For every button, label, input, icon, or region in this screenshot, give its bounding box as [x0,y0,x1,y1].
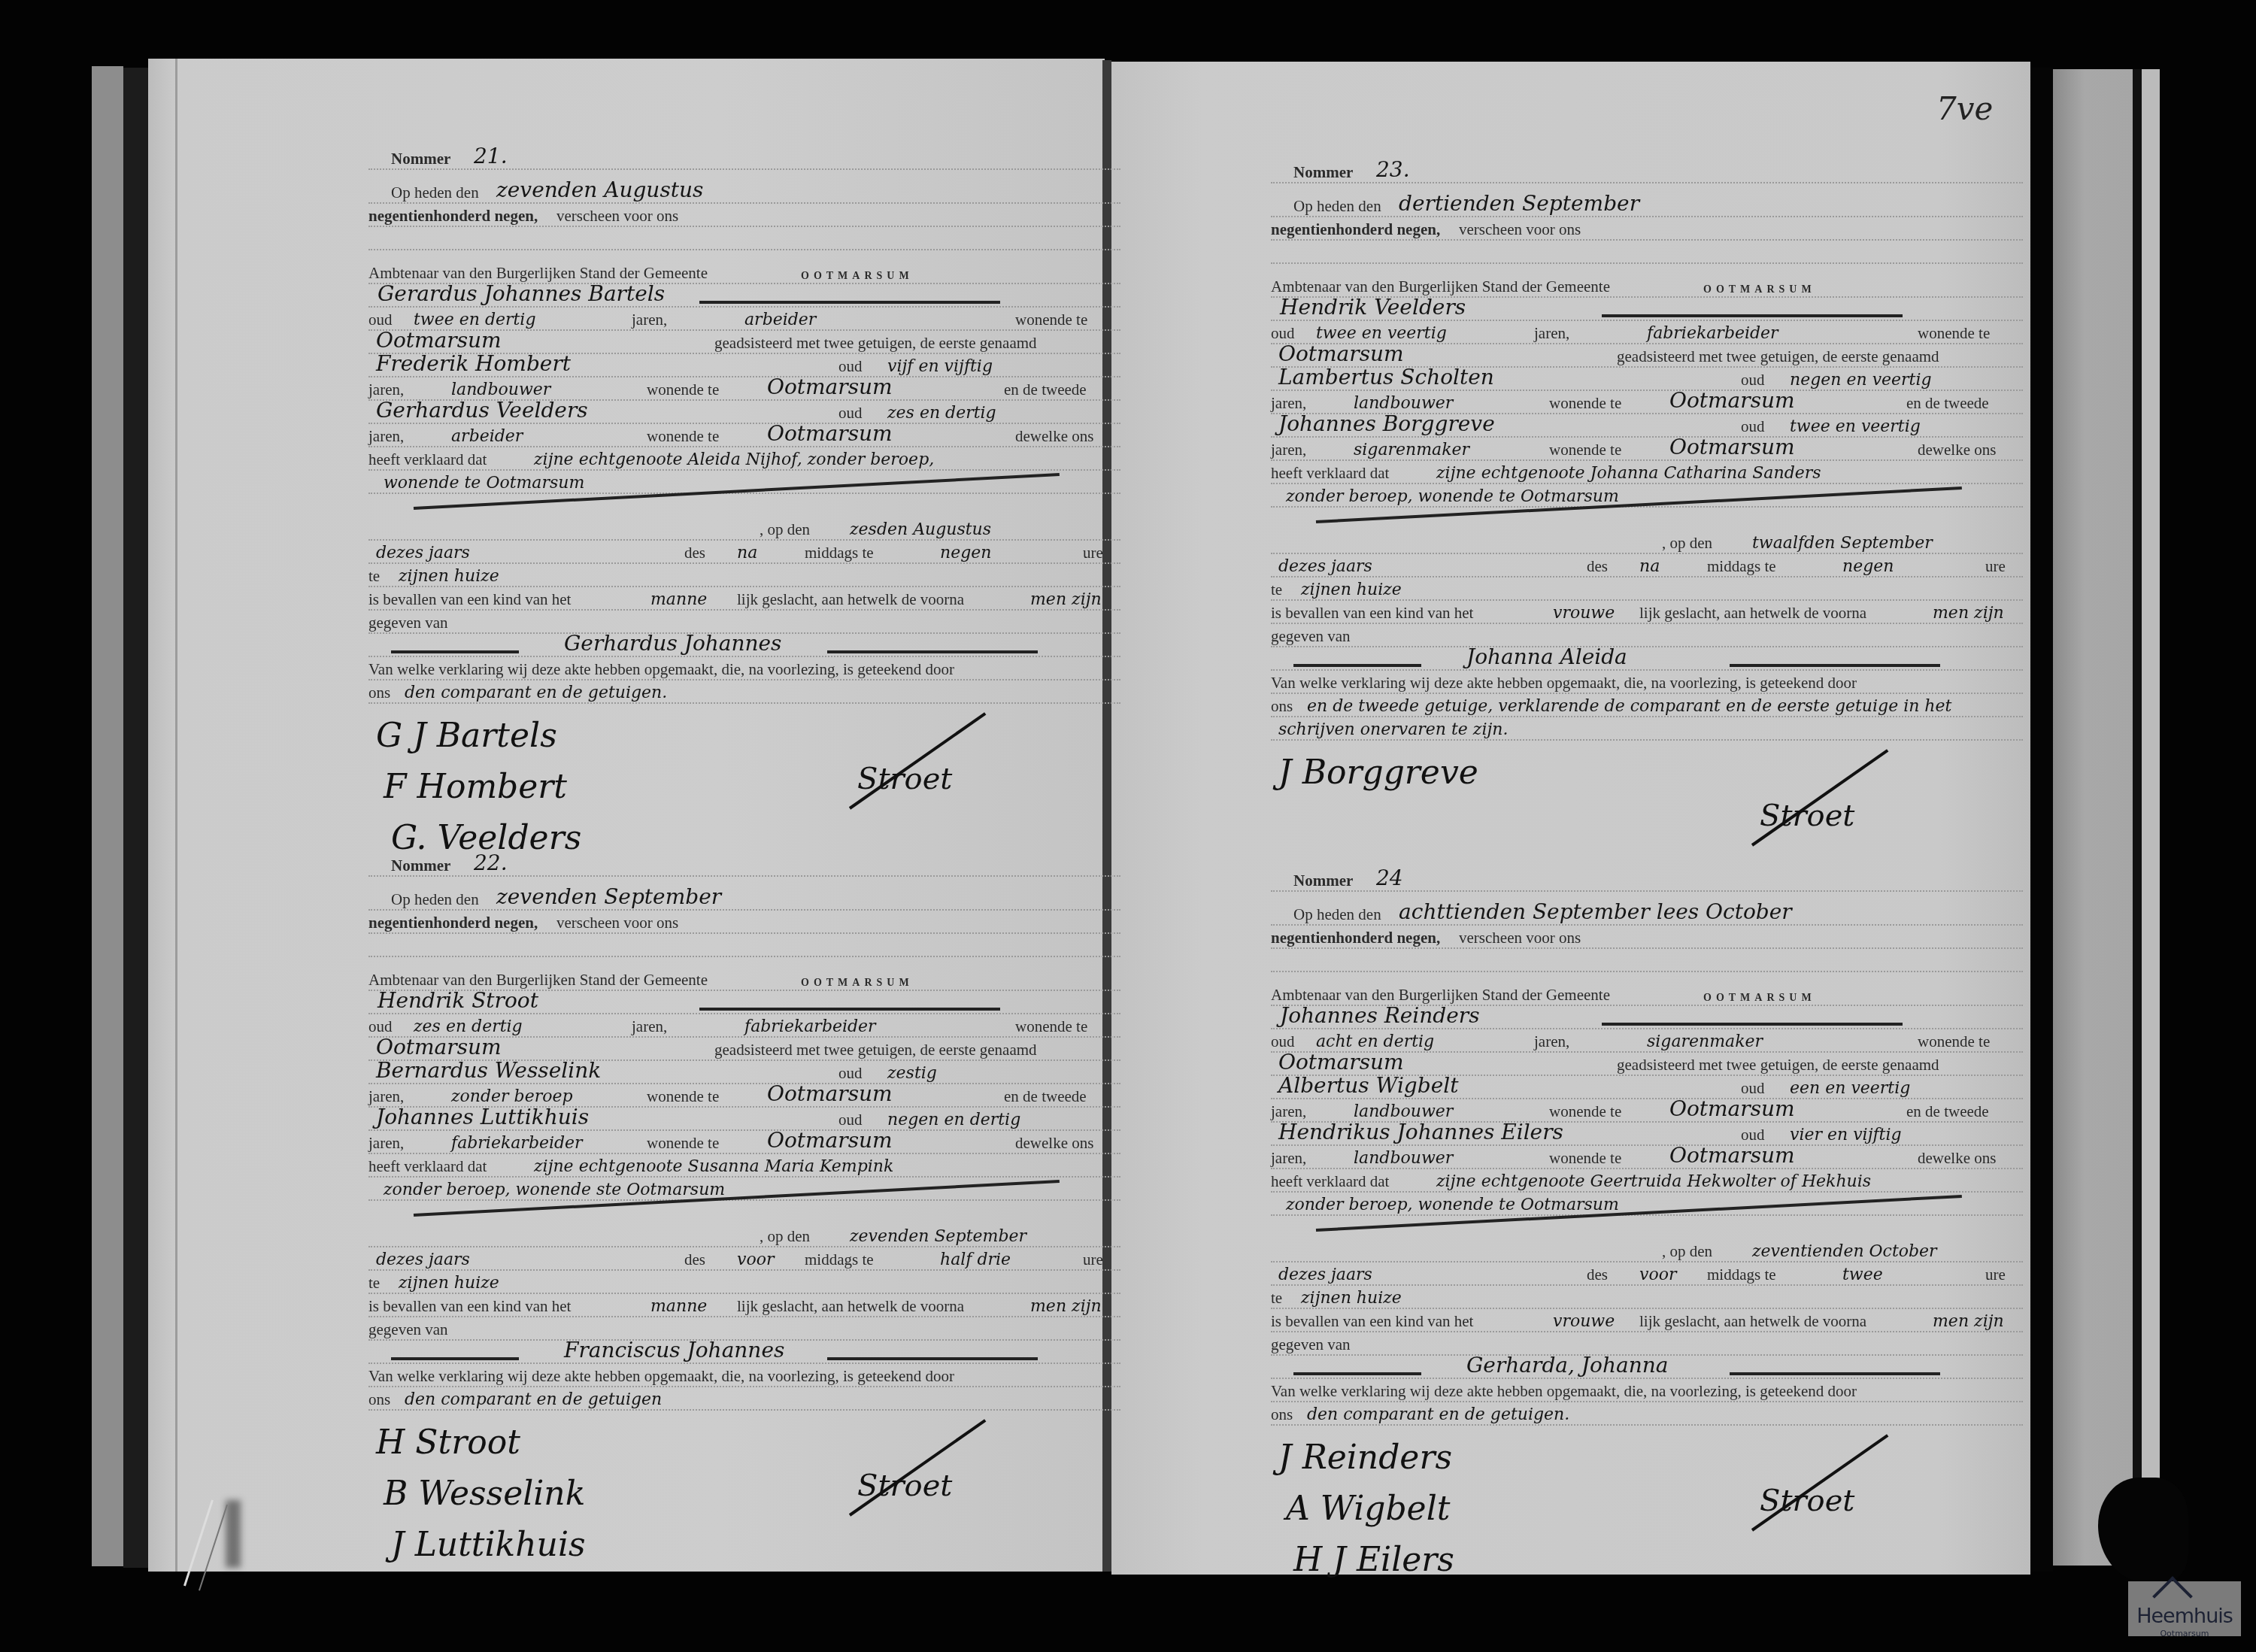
printed-text: , op den [760,1227,810,1246]
birth-place: zijnen huize [1301,580,1402,599]
printed-text: jaren, [368,1134,404,1153]
form-line: Op heden denachttienden September lees O… [1271,906,2023,929]
printed-text: oud [1741,417,1765,436]
printed-text: wonende te [1015,1017,1087,1036]
form-line [368,231,1120,253]
form-line: Op heden dendertienden September [1271,198,2023,220]
printed-text: geadsisteerd met twee getuigen, de eerst… [714,334,1037,353]
form-line: tezijnen huize [1271,581,2023,604]
form-line: is bevallen van een kind van hetmannelij… [368,1298,1120,1320]
ambtenaar-label: Ambtenaar van den Burgerlijken Stand der… [1271,277,1610,296]
witness1-residence: Ootmarsum [767,374,893,399]
dotted-rule [1271,971,2023,972]
child-sex: manne [650,590,707,609]
witness1-occupation: landbouwer [1354,394,1453,413]
form-line: jaren,sigarenmakerwonende teOotmarsumdew… [1271,441,2023,464]
ambtenaar-label: Ambtenaar van den Burgerlijken Stand der… [1271,986,1610,1005]
printed-text: oud [1741,371,1765,390]
filler-stroke [699,1008,1000,1011]
form-line: is bevallen van een kind van hetvrouweli… [1271,1313,2023,1335]
gemeente-name: OOTMARSUM [1703,993,1816,1005]
printed-text: middags te [1707,1266,1776,1284]
child-names: Gerhardus Johannes [564,631,781,656]
margin-rule [175,59,177,1572]
printed-text: is bevallen van een kind van het [368,1297,571,1316]
child-names: Gerharda, Johanna [1466,1353,1668,1378]
printed-text: te [368,1274,380,1293]
form-line: Gerhardus Veeldersoudzes en dertig [368,405,1120,427]
declaration-line-1: zijne echtgenoote Geertruida Hekwolter o… [1436,1172,1871,1191]
form-line: Johannes Luttikhuisoudnegen en dertig [368,1111,1120,1134]
father-occupation: sigarenmaker [1647,1032,1763,1051]
form-line: Van welke verklaring wij deze akte hebbe… [1271,1383,2023,1405]
dotted-rule [1271,716,2023,717]
father-occupation: arbeider [744,311,816,329]
op-heden-label: Op heden den [1293,905,1381,924]
witness1-age: negen en veertig [1790,371,1932,390]
right-cover-line [2133,69,2142,1566]
witness1-residence: Ootmarsum [767,1081,893,1106]
form-line: heeft verklaard datzijne echtgenoote Joh… [1271,465,2023,487]
form-line: Van welke verklaring wij deze akte hebbe… [1271,674,2023,697]
dotted-rule [1271,739,2023,741]
year-label: negentienhonderd negen, [1271,220,1440,239]
child-sex: vrouwe [1553,1312,1615,1331]
dotted-rule [368,226,1120,227]
form-line: jaren,arbeiderwonende teOotmarsumdewelke… [368,428,1120,450]
entry-number: 22. [474,850,508,875]
witness2-occupation: sigarenmaker [1354,441,1469,459]
gemeente-name: OOTMARSUM [1703,284,1816,296]
dotted-rule [368,1176,1120,1178]
ambtenaar-label: Ambtenaar van den Burgerlijken Stand der… [368,971,708,990]
dotted-rule [1271,1378,2023,1379]
father-age: twee en dertig [414,311,535,329]
form-line: Hendrik Veelders [1271,302,2023,324]
form-line: Johannes Reinders [1271,1010,2023,1032]
dotted-rule [1271,506,2023,508]
witness2-residence: Ootmarsum [767,1128,893,1153]
printed-text: oud [368,1017,393,1036]
signed-by-cont: schrijven onervaren te zijn. [1278,720,1508,739]
witness1-name: Bernardus Wesselink [376,1058,601,1083]
signed-by: den comparant en de getuigen [405,1390,662,1409]
form-line: Franciscus Johannes [368,1344,1120,1367]
dotted-rule [1271,1331,2023,1332]
printed-text: geadsisteerd met twee getuigen, de eerst… [1617,1056,1939,1075]
dotted-rule [1271,1401,2023,1402]
filler-stroke [1730,664,1940,667]
dotted-rule [368,1199,1120,1201]
dotted-rule [1271,1214,2023,1216]
printed-text: wonende te [647,427,719,446]
printed-text: gegeven van [1271,627,1351,646]
printed-text: lijk geslacht, aan hetwelk de voorna [1639,604,1866,623]
printed-text: wonende te [1015,311,1087,329]
printed-text: oud [838,1111,863,1129]
dotted-rule [1271,390,2023,391]
father-residence: Ootmarsum [376,1035,502,1059]
filler-stroke [699,301,1000,304]
form-line: , op dentwaalfden September [1271,535,2023,557]
left-cover-shadow [123,68,148,1568]
left-cover-edge [92,66,123,1566]
registration-date: zevenden Augustus [496,177,703,202]
dotted-rule [368,539,1120,541]
father-occupation: fabriekarbeider [1647,324,1778,343]
witness2-name: Johannes Luttikhuis [376,1105,589,1129]
filler-stroke [1293,1372,1421,1375]
op-heden-label: Op heden den [391,890,479,909]
voornamen-suffix: men zijn [1030,590,1102,609]
dotted-rule [368,1013,1120,1014]
printed-text: jaren, [1534,324,1569,343]
dotted-rule [368,249,1120,250]
year-label: negentienhonderd negen, [368,207,538,226]
child-names: Johanna Aleida [1466,644,1627,669]
form-line: , op denzeventienden October [1271,1243,2023,1266]
printed-text: ons [368,1390,390,1409]
am-pm: na [1639,557,1660,576]
form-line: Nommer24 [1271,872,2023,895]
form-line: dezes jaarsdesnamiddags tenegenure [368,544,1120,567]
witness-signature: G J Bartels [376,717,557,755]
filler-stroke [827,650,1038,653]
signed-by: en de tweede getuige, verklarende de com… [1307,697,1951,716]
printed-text: des [1587,1266,1608,1284]
father-age: acht en dertig [1316,1032,1434,1051]
declaration-line-1: zijne echtgenoote Johanna Catharina Sand… [1436,464,1821,483]
dotted-rule [368,493,1120,494]
watermark-name: Heemhuis [2128,1605,2241,1628]
printed-text: jaren, [368,1087,404,1106]
printed-text: ure [1985,1266,2006,1284]
printed-text: oud [1271,324,1295,343]
printed-text: jaren, [1271,394,1306,413]
dotted-rule [368,875,1120,877]
witness2-occupation: fabriekarbeider [451,1134,583,1153]
printed-text: jaren, [1534,1032,1569,1051]
dotted-rule [368,609,1120,611]
form-line: onsden comparant en de getuigen [368,1391,1120,1414]
dotted-rule [368,168,1120,170]
witness2-residence: Ootmarsum [1669,1143,1795,1168]
dotted-rule [368,679,1120,681]
declaration-line-2: zonder beroep, wonende ste Ootmarsum [384,1181,725,1199]
dotted-rule [1271,576,2023,577]
child-names: Franciscus Johannes [564,1338,784,1363]
form-line: Hendrikus Johannes Eilersoudvier en vijf… [1271,1126,2023,1149]
birth-hour: half drie [940,1250,1011,1269]
form-line: negentienhonderd negen,verscheen voor on… [368,914,1120,937]
dotted-rule [1271,1144,2023,1146]
form-line: Hendrik Stroot [368,995,1120,1017]
signed-by: den comparant en de getuigen. [1307,1405,1569,1424]
form-line: Van welke verklaring wij deze akte hebbe… [368,661,1120,684]
printed-text: ons [1271,1405,1293,1424]
witness2-name: Johannes Borggreve [1278,411,1495,436]
father-name: Johannes Reinders [1280,1003,1480,1028]
printed-text: ons [1271,697,1293,716]
gemeente-name: OOTMARSUM [801,271,914,283]
birth-place: zijnen huize [399,567,499,586]
dotted-rule [1271,1098,2023,1099]
dotted-rule [1271,924,2023,926]
printed-text: is bevallen van een kind van het [1271,604,1473,623]
father-residence: Ootmarsum [376,328,502,353]
dotted-rule [1271,553,2023,554]
form-line: Gerhardus Johannes [368,638,1120,660]
father-occupation: fabriekarbeider [744,1017,876,1036]
printed-text: en de tweede [1906,1102,1989,1121]
birth-year: dezes jaars [376,1250,470,1269]
printed-text: , op den [760,520,810,539]
birth-year: dezes jaars [376,544,470,562]
birth-year: dezes jaars [1278,1266,1372,1284]
form-line: Nommer23. [1271,164,2023,186]
nommer-label: Nommer [391,150,450,168]
printed-text: middags te [1707,557,1776,576]
declaration-line-1: zijne echtgenoote Aleida Nijhof, zonder … [534,450,934,469]
year-label: negentienhonderd negen, [368,914,538,932]
am-pm: voor [737,1250,774,1269]
verscheen-label: verscheen voor ons [1459,929,1581,947]
printed-text: jaren, [1271,1149,1306,1168]
witness-signature: F Hombert [384,768,567,806]
witness-signature: A Wigbelt [1286,1490,1450,1528]
clip-shadow [226,1500,241,1568]
dotted-rule [1271,1284,2023,1286]
am-pm: voor [1639,1266,1676,1284]
dotted-rule [1271,1028,2023,1029]
printed-text: Van welke verklaring wij deze akte hebbe… [1271,1382,1857,1401]
op-heden-label: Op heden den [391,183,479,202]
filler-stroke [1293,664,1421,667]
witness2-age: twee en veertig [1790,417,1921,436]
dotted-rule [368,909,1120,911]
witness-signature: H Stroot [376,1423,520,1462]
dotted-rule [368,376,1120,377]
dotted-rule [368,1269,1120,1271]
filler-stroke [1602,1023,1903,1026]
printed-text: wonende te [1549,394,1621,413]
dotted-rule [1271,483,2023,484]
father-name: Gerardus Johannes Bartels [378,281,665,306]
form-line: schrijven onervaren te zijn. [1271,721,2023,744]
witness1-age: zestig [887,1064,937,1083]
declaration-line-2: zonder beroep, wonende te Ootmarsum [1286,1196,1619,1214]
child-sex: vrouwe [1553,604,1615,623]
dotted-rule [1271,1424,2023,1426]
dotted-rule [1271,182,2023,183]
gemeente-name: OOTMARSUM [801,978,914,990]
witness2-occupation: landbouwer [1354,1149,1453,1168]
printed-text: wonende te [1549,441,1621,459]
printed-text: ure [1083,544,1103,562]
birth-year: dezes jaars [1278,557,1372,576]
birth-place: zijnen huize [399,1274,499,1293]
dotted-rule [1271,1168,2023,1169]
dotted-rule [1271,599,2023,601]
right-cover-edge [2142,69,2160,1566]
dotted-rule [368,1246,1120,1247]
father-name: Hendrik Stroot [378,988,538,1013]
witness2-age: negen en dertig [887,1111,1020,1129]
printed-text: jaren, [632,1017,667,1036]
dotted-rule [368,1363,1120,1364]
dotted-rule [368,1083,1120,1084]
year-label: negentienhonderd negen, [1271,929,1440,947]
printed-text: ure [1985,557,2006,576]
printed-text: jaren, [368,380,404,399]
right-page-edge [2030,68,2053,1572]
form-line: Nommer22. [368,857,1120,880]
printed-text: lijk geslacht, aan hetwelk de voorna [737,1297,964,1316]
dotted-rule [368,1386,1120,1387]
printed-text: dewelke ons [1918,441,1996,459]
witness2-name: Hendrikus Johannes Eilers [1278,1120,1563,1144]
printed-text: jaren, [1271,441,1306,459]
witness2-residence: Ootmarsum [767,421,893,446]
form-line: dezes jaarsdesvoormiddags tehalf drieure [368,1251,1120,1274]
printed-text: jaren, [632,311,667,329]
printed-text: heeft verklaard dat [368,1157,487,1176]
dotted-rule [1271,1261,2023,1262]
printed-text: dewelke ons [1015,427,1093,446]
printed-text: oud [838,1064,863,1083]
birth-hour: twee [1842,1266,1883,1284]
printed-text: wonende te [1549,1149,1621,1168]
printed-text: middags te [805,1250,874,1269]
dotted-rule [368,202,1120,204]
verscheen-label: verscheen voor ons [556,207,678,226]
dotted-rule [368,586,1120,587]
printed-text: middags te [805,544,874,562]
form-line: Van welke verklaring wij deze akte hebbe… [368,1368,1120,1390]
printed-text: gegeven van [1271,1335,1351,1354]
printed-text: oud [368,311,393,329]
printed-text: Van welke verklaring wij deze akte hebbe… [368,660,954,679]
dotted-rule [1271,459,2023,461]
witness2-occupation: arbeider [451,427,523,446]
dotted-rule [1271,623,2023,624]
printed-text: , op den [1662,1242,1712,1261]
form-line: Frederik Hombertoudvijf en vijftig [368,358,1120,380]
ambtenaar-label: Ambtenaar van den Burgerlijken Stand der… [368,264,708,283]
dotted-rule [368,1293,1120,1294]
witness2-age: vier en vijftig [1790,1126,1902,1144]
printed-text: dewelke ons [1015,1134,1093,1153]
form-line: gegeven van [1271,628,2023,650]
printed-text: wonende te [1918,1032,1990,1051]
dotted-rule [368,306,1120,308]
printed-text: wonende te [1549,1102,1621,1121]
printed-text: en de tweede [1004,380,1087,399]
witness1-name: Frederik Hombert [376,351,571,376]
printed-text: oud [838,404,863,423]
dotted-rule [368,423,1120,424]
filler-stroke [391,1357,519,1360]
signed-by: den comparant en de getuigen. [405,684,667,702]
printed-text: oud [838,357,863,376]
form-line: tezijnen huize [368,568,1120,590]
child-sex: manne [650,1297,707,1316]
witness1-name: Lambertus Scholten [1278,365,1494,390]
printed-text: te [368,567,380,586]
form-line: onsden comparant en de getuigen. [1271,1406,2023,1429]
verscheen-label: verscheen voor ons [1459,220,1581,239]
form-line: Op heden denzevenden September [368,891,1120,914]
dotted-rule [1271,436,2023,438]
printed-text: jaren, [368,427,404,446]
declaration-line-2: wonende te Ootmarsum [384,474,584,493]
dotted-rule [1271,1308,2023,1309]
dotted-rule [1271,890,2023,892]
finger-shadow [2098,1478,2188,1583]
filler-stroke [1730,1372,1940,1375]
printed-text: des [684,1250,705,1269]
printed-text: geadsisteerd met twee getuigen, de eerst… [714,1041,1037,1059]
form-line: Johanna Aleida [1271,651,2023,674]
entry-number: 23. [1376,157,1410,182]
birth-hour: negen [940,544,991,562]
printed-text: heeft verklaard dat [368,450,487,469]
form-line: dezes jaarsdesvoormiddags tetweeure [1271,1266,2023,1289]
entry-number: 21. [474,144,508,168]
dotted-rule [368,702,1120,704]
printed-text: en de tweede [1906,394,1989,413]
verscheen-label: verscheen voor ons [556,914,678,932]
witness1-name: Albertus Wigbelt [1278,1073,1458,1098]
printed-text: lijk geslacht, aan hetwelk de voorna [737,590,964,609]
father-age: twee en veertig [1316,324,1447,343]
declaration-line-2: zonder beroep, wonende te Ootmarsum [1286,487,1619,506]
dotted-rule [368,1316,1120,1317]
witness1-residence: Ootmarsum [1669,1096,1795,1121]
birth-place: zijnen huize [1301,1289,1402,1308]
form-line: onsden comparant en de getuigen. [368,684,1120,707]
form-line: jaren,landbouwerwonende teOotmarsumdewel… [1271,1150,2023,1172]
dotted-rule [1271,669,2023,671]
printed-text: geadsisteerd met twee getuigen, de eerst… [1617,347,1939,366]
printed-text: is bevallen van een kind van het [1271,1312,1473,1331]
printed-text: te [1271,1289,1282,1308]
printed-text: gegeven van [368,1320,448,1339]
dotted-rule [368,956,1120,957]
form-line: Johannes Borggreveoudtwee en veertig [1271,418,2023,441]
dotted-rule [1271,216,2023,217]
witness-signature: J Borggreve [1278,753,1478,792]
voornamen-suffix: men zijn [1933,1312,2004,1331]
form-line: Op heden denzevenden Augustus [368,184,1120,207]
printed-text: is bevallen van een kind van het [368,590,571,609]
form-line: Lambertus Scholtenoudnegen en veertig [1271,371,2023,394]
form-line: is bevallen van een kind van hetvrouweli… [1271,605,2023,627]
witness2-age: zes en dertig [887,404,996,423]
printed-text: dewelke ons [1918,1149,1996,1168]
father-age: zes en dertig [414,1017,523,1036]
dotted-rule [1271,320,2023,321]
watermark-subtitle: Ootmarsum [2128,1629,2241,1638]
registration-date: dertienden September [1399,191,1639,216]
witness1-residence: Ootmarsum [1669,388,1795,413]
dotted-rule [1271,646,2023,647]
father-residence: Ootmarsum [1278,1050,1404,1075]
dotted-rule [368,469,1120,471]
printed-text: , op den [1662,534,1712,553]
nommer-label: Nommer [1293,163,1353,182]
printed-text: oud [1271,1032,1295,1051]
